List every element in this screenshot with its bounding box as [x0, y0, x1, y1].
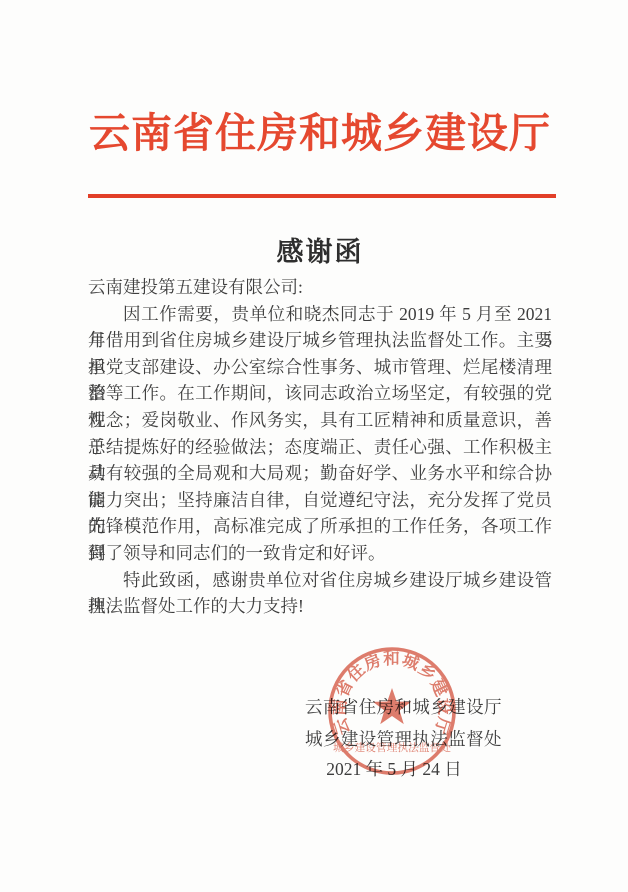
body-line: 月借用到省住房城乡建设厅城乡管理执法监督处工作。主要承	[88, 327, 552, 354]
body-line: 治等工作。在工作期间，该同志政治立场坚定，有较强的党性	[88, 380, 552, 407]
letter-body: 云南建投第五建设有限公司: 因工作需要，贵单位和晓杰同志于 2019 年 5 月…	[88, 274, 552, 620]
signature-org-line-1: 云南省住房和城乡建设厅	[305, 694, 502, 719]
body-line: 先锋模范作用，高标准完成了所承担的工作任务，各项工作得	[88, 513, 552, 540]
body-line: 具有较强的全局观和大局观；勤奋好学、业务水平和综合协调	[88, 460, 552, 487]
body-line: 到了领导和同志们的一致肯定和好评。	[88, 540, 552, 567]
body-line: 观念；爱岗敬业、作风务实，具有工匠精神和质量意识，善于	[88, 407, 552, 434]
body-line: 执法监督处工作的大力支持!	[88, 593, 552, 620]
signature-org-line-2: 城乡建设管理执法监督处	[305, 726, 502, 751]
document-title: 感谢函	[88, 230, 552, 269]
body-line: 总结提炼好的经验做法；态度端正、责任心强、工作积极主动，	[88, 434, 552, 461]
body-line: 担党支部建设、办公室综合性事务、城市管理、烂尾楼清理整	[88, 354, 552, 381]
body-line: 特此致函，感谢贵单位对省住房城乡建设厅城乡建设管理	[88, 567, 552, 594]
scanned-letter-page: 云南省住房和城乡建设厅 感谢函 云南建投第五建设有限公司: 因工作需要，贵单位和…	[0, 0, 628, 892]
letterhead-rule-divider	[88, 194, 556, 198]
body-line: 因工作需要，贵单位和晓杰同志于 2019 年 5 月至 2021 年 5	[88, 301, 552, 328]
body-line: 能力突出；坚持廉洁自律，自觉遵纪守法，充分发挥了党员的	[88, 487, 552, 514]
salutation-line: 云南建投第五建设有限公司:	[88, 274, 552, 301]
letterhead-title: 云南省住房和城乡建设厅	[82, 100, 558, 159]
signature-date: 2021 年 5 月 24 日	[324, 756, 464, 781]
